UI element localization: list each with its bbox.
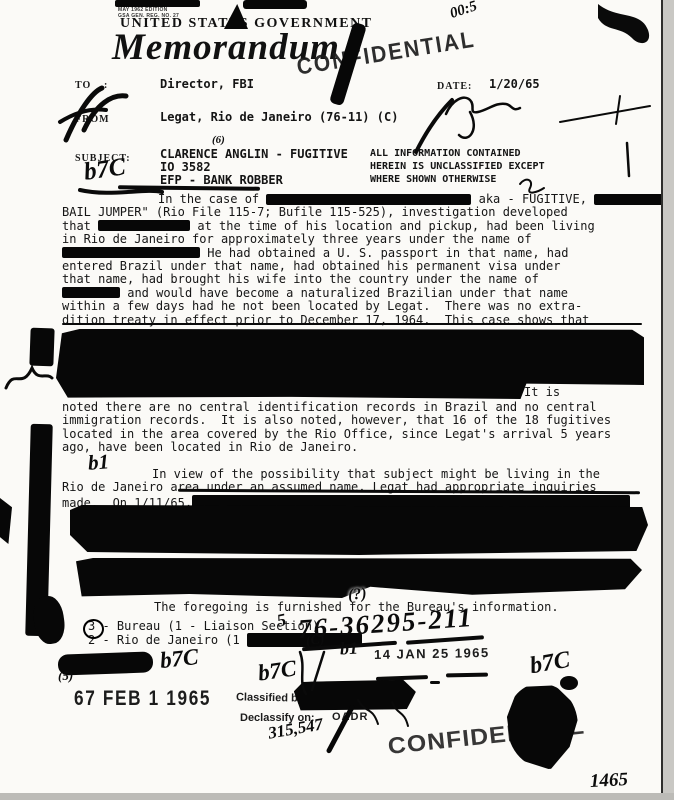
typed-line: that at the time of his location and pic… [62, 220, 654, 233]
ink-scribble-top-right [598, 4, 649, 43]
typed-text: 2 - Rio de Janeiro (1 [88, 633, 247, 647]
from-value: Legat, Rio de Janeiro (76-11) (C) [160, 110, 398, 124]
margin-scribble [6, 368, 52, 388]
typed-text: within a few days had he not been locate… [62, 299, 582, 313]
typed-text: In the case of [158, 192, 266, 206]
handwritten-subject-mark: (6) [212, 134, 225, 146]
date-value: 1/20/65 [489, 77, 540, 91]
subject-line-2: IO 3582 [160, 160, 211, 174]
to-value: Director, FBI [160, 77, 254, 91]
typed-line: In view of the possibility that subject … [62, 468, 654, 481]
typed-text: that [62, 219, 98, 233]
redaction-inline [98, 220, 190, 231]
hand-circle [83, 619, 104, 639]
margin-tick-scribble [627, 143, 629, 176]
redaction-inline [62, 287, 120, 298]
margin-tick-scribble [616, 96, 620, 124]
handwritten-c-mark: (C) [305, 632, 325, 650]
typed-line: within a few days had he not been locate… [62, 300, 654, 313]
typed-line: entered Brazil under that name, had obta… [62, 260, 654, 273]
ink-smudge [115, 0, 200, 7]
margin-line-scribble [560, 106, 650, 122]
typed-line: In the case of aka - FUGITIVE, [62, 193, 654, 206]
handwritten-page-number: 1465 [589, 769, 628, 793]
redaction-inline [266, 194, 471, 205]
typed-text: noted there are no central identificatio… [62, 400, 597, 414]
memo-scan-page: MAY 1962 EDITION GSA GEN. REG. NO. 27 UN… [0, 0, 674, 800]
classification-note-2: HEREIN IS UNCLASSIFIED EXCEPT [370, 161, 545, 172]
redaction-inline [594, 194, 666, 205]
redaction-blot [293, 678, 416, 713]
scan-underline [62, 323, 642, 325]
typed-text: located in the area covered by the Rio O… [62, 427, 611, 441]
except-scribble [520, 180, 544, 193]
ink-smudge [243, 0, 307, 9]
typed-line: in Rio de Janeiro for approximately thre… [62, 233, 654, 246]
typed-text: at the time of his location and pickup, … [190, 219, 595, 233]
subject-line-1: CLARENCE ANGLIN - FUGITIVE [160, 147, 348, 161]
typed-line: BAIL JUMPER" (Rio File 115-7; Bufile 115… [62, 206, 654, 219]
handwritten-b1-cc: b1 [339, 638, 358, 660]
hand-dash [446, 673, 488, 678]
checkmark-scribble [416, 100, 452, 152]
handwritten-b7c-right: b7C [528, 647, 572, 681]
typed-text: and would have become a naturalized Braz… [120, 286, 568, 300]
typed-text: entered Brazil under that name, had obta… [62, 259, 561, 273]
handwritten-b7c-left: b7C [159, 644, 200, 674]
typed-line: located in the area covered by the Rio O… [62, 428, 654, 441]
typed-line: ago, have been located in Rio de Janeiro… [62, 441, 654, 454]
cursive-note-scribble [459, 112, 474, 138]
typed-text: aka - FUGITIVE, [471, 192, 594, 206]
typed-line: that name, had brought his wife into the… [62, 273, 654, 286]
typed-line: noted there are no central identificatio… [62, 401, 654, 414]
handwritten-b7c-subject: b7C [82, 153, 127, 187]
typed-text: He had obtained a U. S. passport in that… [200, 246, 568, 260]
body-paragraph-1: In the case of aka - FUGITIVE, BAIL JUMP… [62, 193, 654, 327]
to-colon: : [104, 80, 108, 91]
filed-date-stamp: 67 FEB 1 1965 [74, 687, 211, 711]
typed-text: in Rio de Janeiro for approximately thre… [62, 232, 532, 246]
redaction-blot [501, 679, 584, 772]
typed-text: In view of the possibility that subject … [152, 467, 600, 481]
margin-redaction-bar [29, 328, 54, 367]
scan-margin-bottom [0, 793, 674, 800]
handwritten-b7c-mid: b7C [256, 655, 298, 686]
to-label: TO [75, 80, 91, 91]
date-label: DATE: [437, 81, 472, 92]
from-label: FROM [75, 114, 110, 125]
ink-blot [560, 676, 578, 690]
classification-note-1: ALL INFORMATION CONTAINED [370, 148, 521, 159]
handwritten-time-note: 00:5 [448, 0, 479, 23]
ink-blot [0, 498, 12, 544]
classified-by-label: Classified by [236, 691, 304, 704]
scan-margin-right [663, 0, 674, 800]
received-date-stamp: 14 JAN 25 1965 [374, 645, 490, 662]
hand-underline [118, 185, 260, 190]
redaction-inline [62, 247, 200, 258]
typed-it-is: It is [524, 386, 560, 399]
cursive-note-scribble [446, 98, 520, 114]
hand-dash [430, 681, 440, 684]
handwritten-copies-note: (5) [58, 668, 73, 684]
typed-text: immigration records. It is also noted, h… [62, 413, 611, 427]
typed-line: He had obtained a U. S. passport in that… [62, 247, 654, 260]
body-paragraph-2: noted there are no central identificatio… [62, 401, 654, 455]
typed-line: and would have become a naturalized Braz… [62, 287, 654, 300]
classification-note-3: WHERE SHOWN OTHERWISE [370, 174, 496, 185]
typed-text: that name, had brought his wife into the… [62, 272, 539, 286]
typed-line: dition treaty in effect prior to Decembe… [62, 314, 654, 327]
redaction-block-large [70, 505, 648, 555]
typed-line: immigration records. It is also noted, h… [62, 414, 654, 427]
typed-text: BAIL JUMPER" (Rio File 115-7; Bufile 115… [62, 205, 568, 219]
